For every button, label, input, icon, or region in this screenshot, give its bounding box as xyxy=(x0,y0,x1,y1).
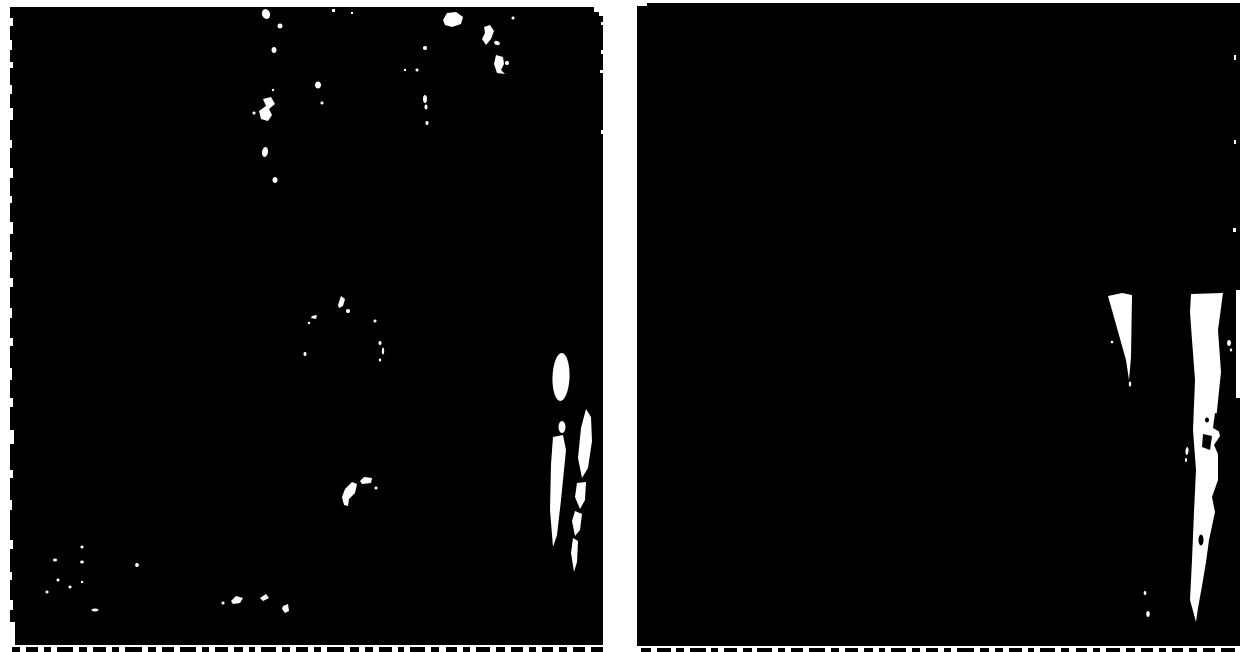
figure-stage xyxy=(0,0,1240,652)
left-micrograph-panel xyxy=(10,7,603,652)
micrograph-figure xyxy=(0,0,1240,652)
right-micrograph-panel xyxy=(637,3,1240,652)
